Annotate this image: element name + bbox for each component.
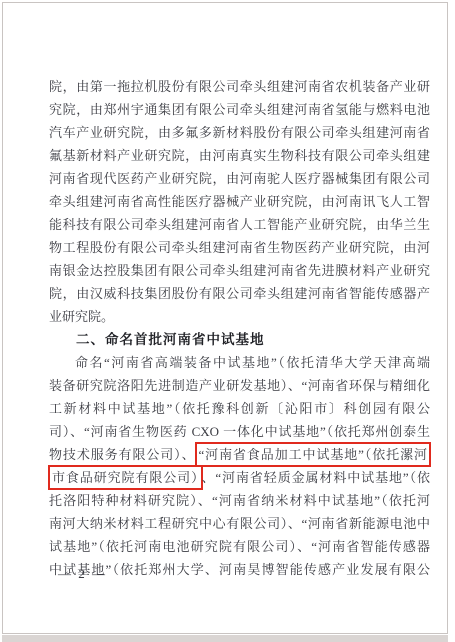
body-paragraph-naming-list: 命名“河南省高端装备中试基地”（依托清华大学天津高端装备研究院洛阳先进制造产业研… (49, 351, 430, 581)
text-segment: 物工程股份有限公司牵头组建河南省生物医药产业研究院，由河 (49, 240, 430, 255)
body-paragraph-continuation: 院，由第一拖拉机股份有限公司牵头组建河南省农机装备产业研究院，由郑州宇通集团有限… (49, 75, 430, 328)
text-line: 试基地”（依托河南电池研究院有限公司）、“河南省智能传感器 (49, 535, 430, 558)
text-segment: 司）、“河南省生物医药 CXO 一体化中试基地”（依托郑州创泰生 (49, 424, 430, 439)
text-line: 命名“河南省高端装备中试基地”（依托清华大学天津高端 (49, 351, 430, 374)
text-line: 汽车产业研究院，由多氟多新材料股份有限公司牵头组建河南省 (49, 121, 430, 144)
text-line: 业研究院。 (49, 305, 430, 328)
red-highlight-boxed-text: “河南省食品加工中试基地”（依托漯河 (195, 442, 432, 467)
page-number: — 2 — (58, 566, 107, 582)
page-content: 院，由第一拖拉机股份有限公司牵头组建河南省农机装备产业研究院，由郑州宇通集团有限… (49, 75, 430, 581)
text-segment: 能科技有限公司牵头组建河南省人工智能产业研究院，由华兰生 (49, 217, 430, 232)
text-segment: 试基地”（依托河南电池研究院有限公司）、“河南省智能传感器 (49, 539, 430, 554)
text-segment: 、“河南省轻质金属材料中试基地”（依 (202, 470, 431, 485)
document-page: 院，由第一拖拉机股份有限公司牵头组建河南省农机装备产业研究院，由郑州宇通集团有限… (2, 2, 448, 634)
text-segment: 院，由汉威科技集团股份有限公司牵头组建河南省智能传感器产 (49, 286, 430, 301)
text-line: 院，由汉威科技集团股份有限公司牵头组建河南省智能传感器产 (49, 282, 430, 305)
text-segment: 装备研究院洛阳先进制造产业研发基地）、“河南省环保与精细化 (49, 378, 430, 393)
text-line: 装备研究院洛阳先进制造产业研发基地）、“河南省环保与精细化 (49, 374, 430, 397)
text-line: 南银金达控股集团有限公司牵头组建河南省先进膜材料产业研究 (49, 259, 430, 282)
text-segment: 工新材料中试基地”（依托豫科创新〔沁阳市〕科创园有限公 (49, 401, 430, 416)
text-line: 物工程股份有限公司牵头组建河南省生物医药产业研究院，由河 (49, 236, 430, 259)
text-segment: 托洛阳特种材料研究院）、“河南省纳米材料中试基地”（依托河 (49, 493, 430, 508)
text-segment: 物技术服务有限公司）、 (49, 447, 196, 462)
text-segment: 牵头组建河南省高性能医疗器械产业研究院，由河南讯飞人工智 (49, 194, 430, 209)
text-segment: 南银金达控股集团有限公司牵头组建河南省先进膜材料产业研究 (49, 263, 430, 278)
page-bottom-shadow (2, 635, 448, 642)
text-segment: 汽车产业研究院，由多氟多新材料股份有限公司牵头组建河南省 (49, 125, 430, 140)
text-segment: 命名“河南省高端装备中试基地”（依托清华大学天津高端 (75, 355, 430, 370)
text-line: 工新材料中试基地”（依托豫科创新〔沁阳市〕科创园有限公 (49, 397, 430, 420)
text-line: 能科技有限公司牵头组建河南省人工智能产业研究院，由华兰生 (49, 213, 430, 236)
text-segment: 氟基新材料产业研究院，由河南真实生物科技有限公司牵头组建 (49, 148, 430, 163)
text-line: 牵头组建河南省高性能医疗器械产业研究院，由河南讯飞人工智 (49, 190, 430, 213)
text-line: 司）、“河南省生物医药 CXO 一体化中试基地”（依托郑州创泰生 (49, 420, 430, 443)
text-line: 河南省现代医药产业研究院，由河南驼人医疗器械集团有限公司 (49, 167, 430, 190)
text-segment: 究院，由郑州宇通集团有限公司牵头组建河南省氢能与燃料电池 (49, 102, 430, 117)
text-line: 南河大纳米材料工程研究中心有限公司）、“河南省新能源电池中 (49, 512, 430, 535)
text-line: 托洛阳特种材料研究院）、“河南省纳米材料中试基地”（依托河 (49, 489, 430, 512)
text-segment: 院，由第一拖拉机股份有限公司牵头组建河南省农机装备产业研 (49, 79, 430, 94)
text-line: 究院，由郑州宇通集团有限公司牵头组建河南省氢能与燃料电池 (49, 98, 430, 121)
text-line: 市食品研究院有限公司）、“河南省轻质金属材料中试基地”（依 (49, 466, 430, 489)
text-line: 院，由第一拖拉机股份有限公司牵头组建河南省农机装备产业研 (49, 75, 430, 98)
text-segment: 河南省现代医药产业研究院，由河南驼人医疗器械集团有限公司 (49, 171, 430, 186)
text-segment: 业研究院。 (49, 309, 114, 324)
section-heading: 二、命名首批河南省中试基地 (49, 328, 430, 351)
red-highlight-boxed-text: 市食品研究院有限公司） (48, 465, 203, 490)
text-segment: 南河大纳米材料工程研究中心有限公司）、“河南省新能源电池中 (49, 516, 430, 531)
text-line: 氟基新材料产业研究院，由河南真实生物科技有限公司牵头组建 (49, 144, 430, 167)
text-line: 物技术服务有限公司）、“河南省食品加工中试基地”（依托漯河 (49, 443, 430, 466)
